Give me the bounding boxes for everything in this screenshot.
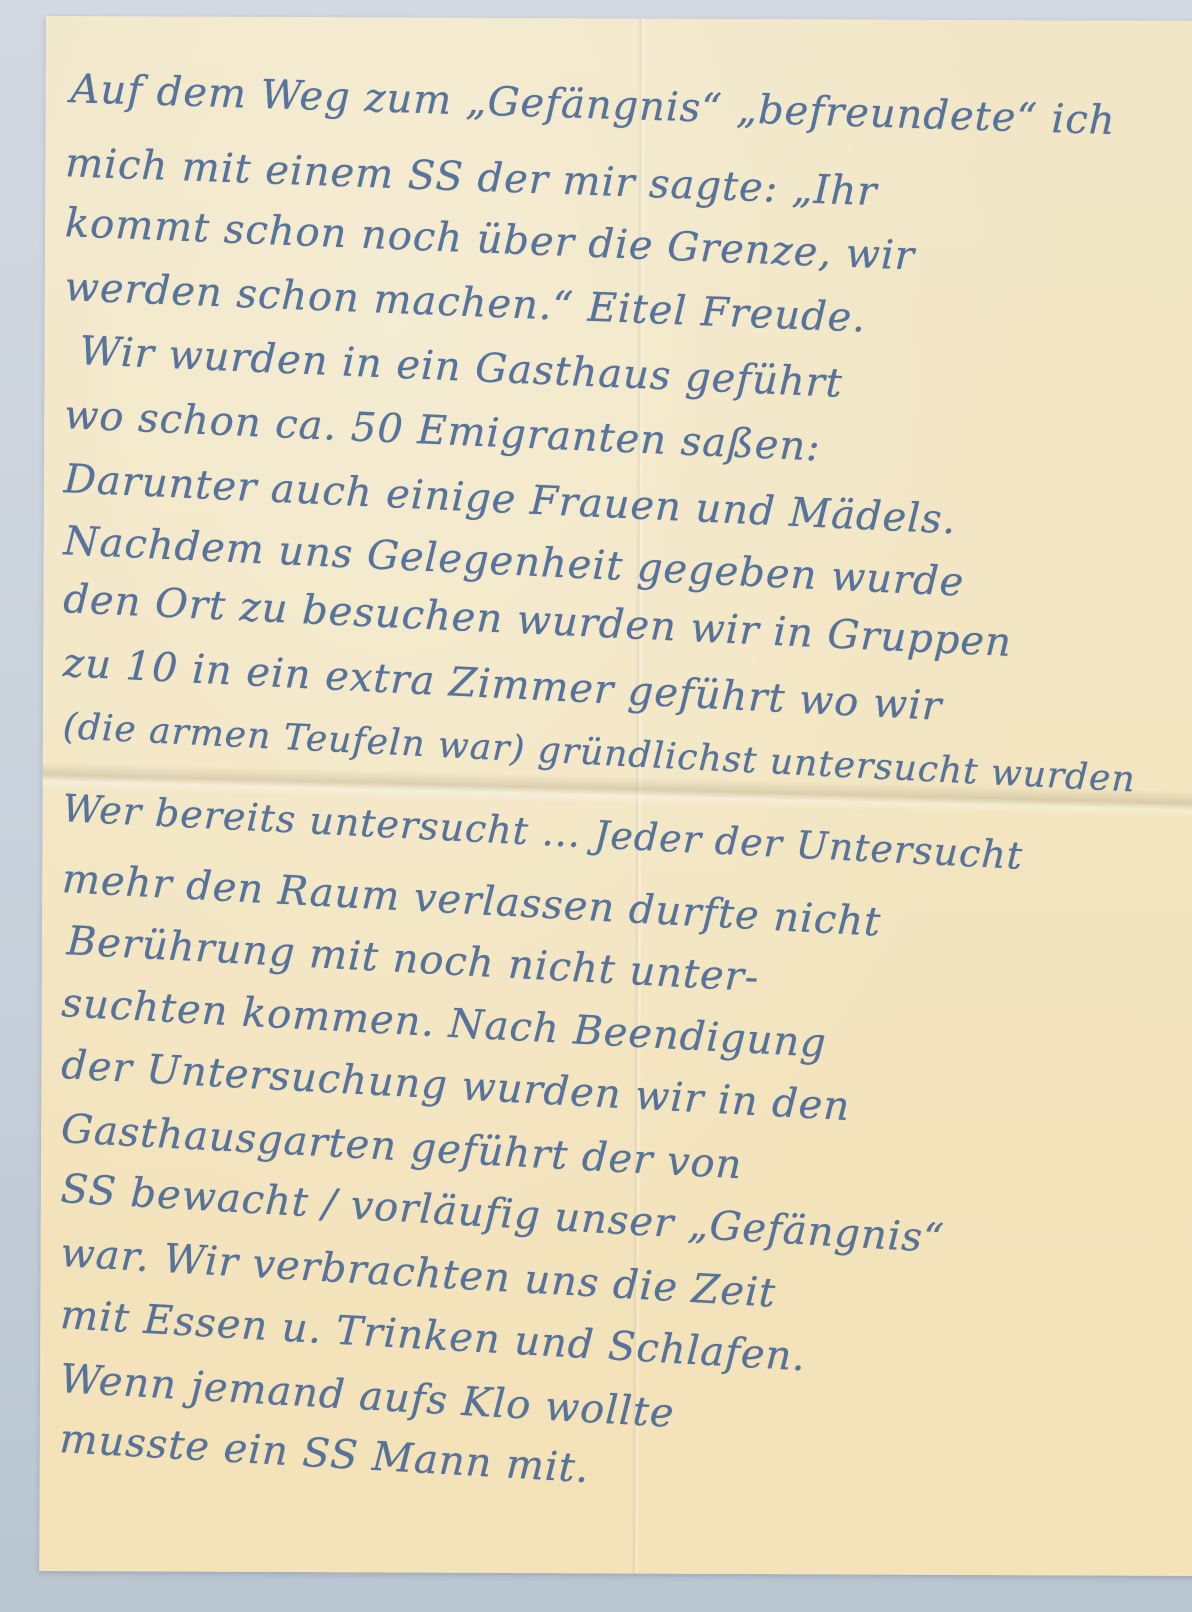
letter-page: Auf dem Weg zum „Gefängnis“ „befreundete…: [39, 16, 1192, 1576]
text-line-4: werden schon machen.“ Eitel Freude.: [64, 264, 867, 341]
text-line-5: Wir wurden in ein Gasthaus geführt: [79, 328, 844, 407]
text-line-1: Auf dem Weg zum „Gefängnis“ „befreundete…: [70, 66, 1116, 144]
text-line-6: wo schon ca. 50 Emigranten saßen:: [63, 392, 821, 470]
handwritten-text: Auf dem Weg zum „Gefängnis“ „befreundete…: [66, 66, 1166, 71]
